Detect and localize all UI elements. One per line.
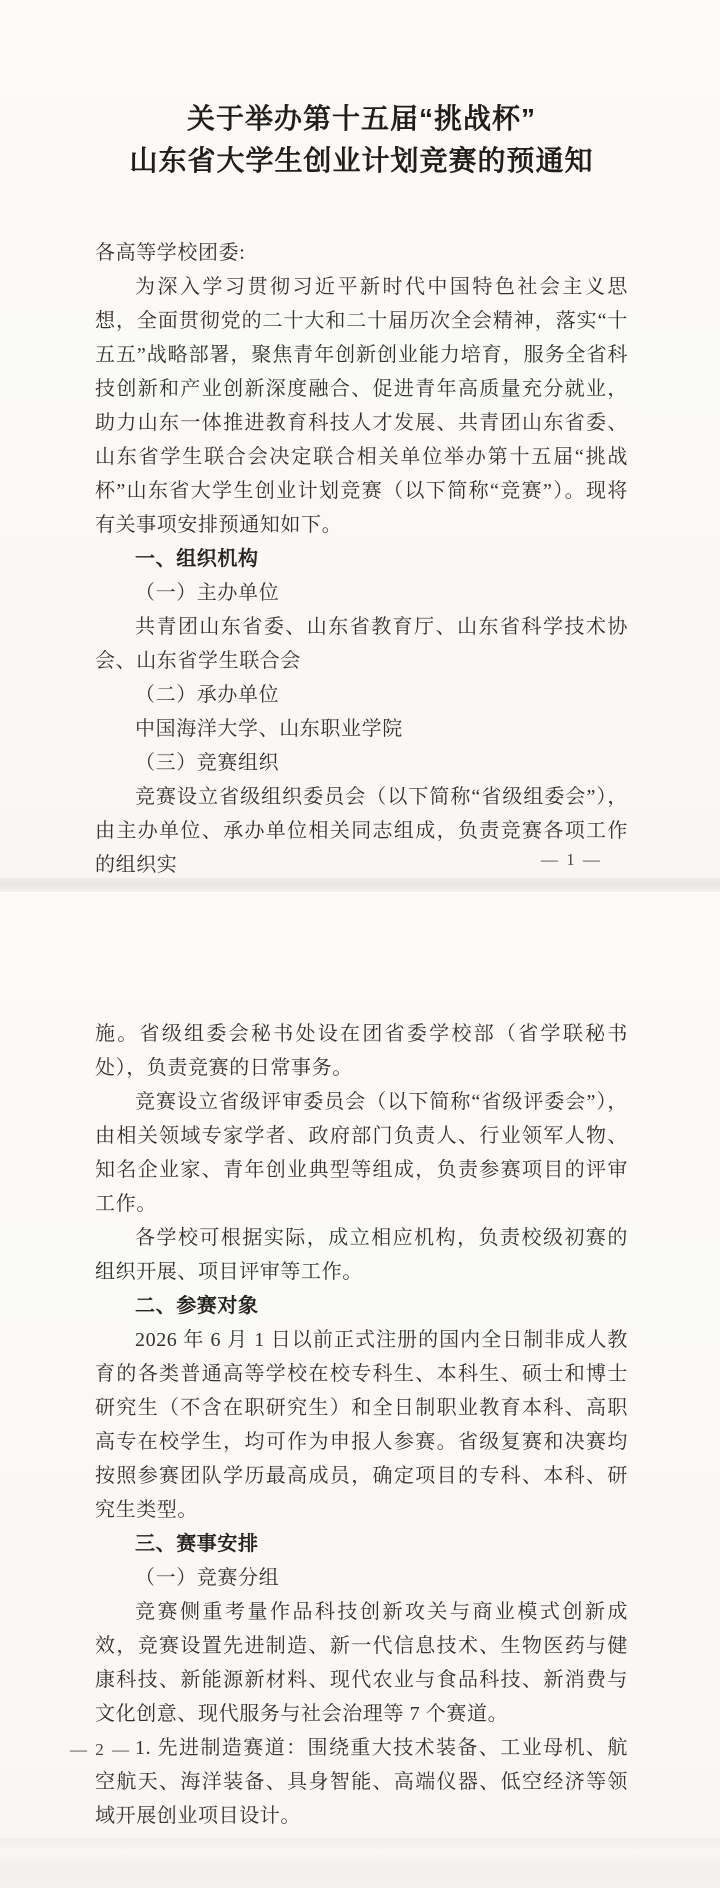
section-heading: （二）承办单位 [95, 678, 628, 712]
section-heading: 二、参赛对象 [95, 1289, 628, 1323]
paragraph: 各学校可根据实际，成立相应机构，负责校级初赛的组织开展、项目评审等工作。 [95, 1221, 628, 1289]
paragraph: 为深入学习贯彻习近平新时代中国特色社会主义思想，全面贯彻党的二十大和二十届历次全… [95, 270, 628, 542]
document-title: 关于举办第十五届“挑战杯” 山东省大学生创业计划竞赛的预通知 [95, 98, 628, 182]
document-title-line-2: 山东省大学生创业计划竞赛的预通知 [95, 140, 628, 182]
section-heading: 三、赛事安排 [95, 1527, 628, 1561]
scanned-document: 关于举办第十五届“挑战杯” 山东省大学生创业计划竞赛的预通知 各高等学校团委:为… [0, 0, 720, 1888]
salutation: 各高等学校团委: [95, 236, 628, 270]
document-page-1: 关于举办第十五届“挑战杯” 山东省大学生创业计划竞赛的预通知 各高等学校团委:为… [0, 0, 720, 878]
page-1-number: — 1 — [541, 850, 602, 870]
paragraph: 施。省级组委会秘书处设在团省委学校部（省学联秘书处），负责竞赛的日常事务。 [95, 1017, 628, 1085]
page-2-number: — 2 — [70, 1740, 131, 1760]
page-1-body: 各高等学校团委:为深入学习贯彻习近平新时代中国特色社会主义思想，全面贯彻党的二十… [95, 236, 628, 882]
paragraph: 中国海洋大学、山东职业学院 [95, 712, 628, 746]
page-2-body: 施。省级组委会秘书处设在团省委学校部（省学联秘书处），负责竞赛的日常事务。竞赛设… [95, 1017, 628, 1833]
paragraph: 共青团山东省委、山东省教育厅、山东省科学技术协会、山东省学生联合会 [95, 610, 628, 678]
section-heading: （三）竞赛组织 [95, 746, 628, 780]
section-heading: （一）主办单位 [95, 576, 628, 610]
paragraph: 2026 年 6 月 1 日以前正式注册的国内全日制非成人教育的各类普通高等学校… [95, 1323, 628, 1527]
document-page-2: 施。省级组委会秘书处设在团省委学校部（省学联秘书处），负责竞赛的日常事务。竞赛设… [0, 892, 720, 1838]
section-heading: 一、组织机构 [95, 542, 628, 576]
paragraph: 竞赛侧重考量作品科技创新攻关与商业模式创新成效，竞赛设置先进制造、新一代信息技术… [95, 1595, 628, 1731]
paragraph: 1. 先进制造赛道：围绕重大技术装备、工业母机、航空航天、海洋装备、具身智能、高… [95, 1731, 628, 1833]
document-title-line-1: 关于举办第十五届“挑战杯” [95, 98, 628, 140]
paragraph: 竞赛设立省级评审委员会（以下简称“省级评委会”），由相关领域专家学者、政府部门负… [95, 1085, 628, 1221]
section-heading: （一）竞赛分组 [95, 1561, 628, 1595]
scan-bottom-edge [0, 1838, 720, 1888]
